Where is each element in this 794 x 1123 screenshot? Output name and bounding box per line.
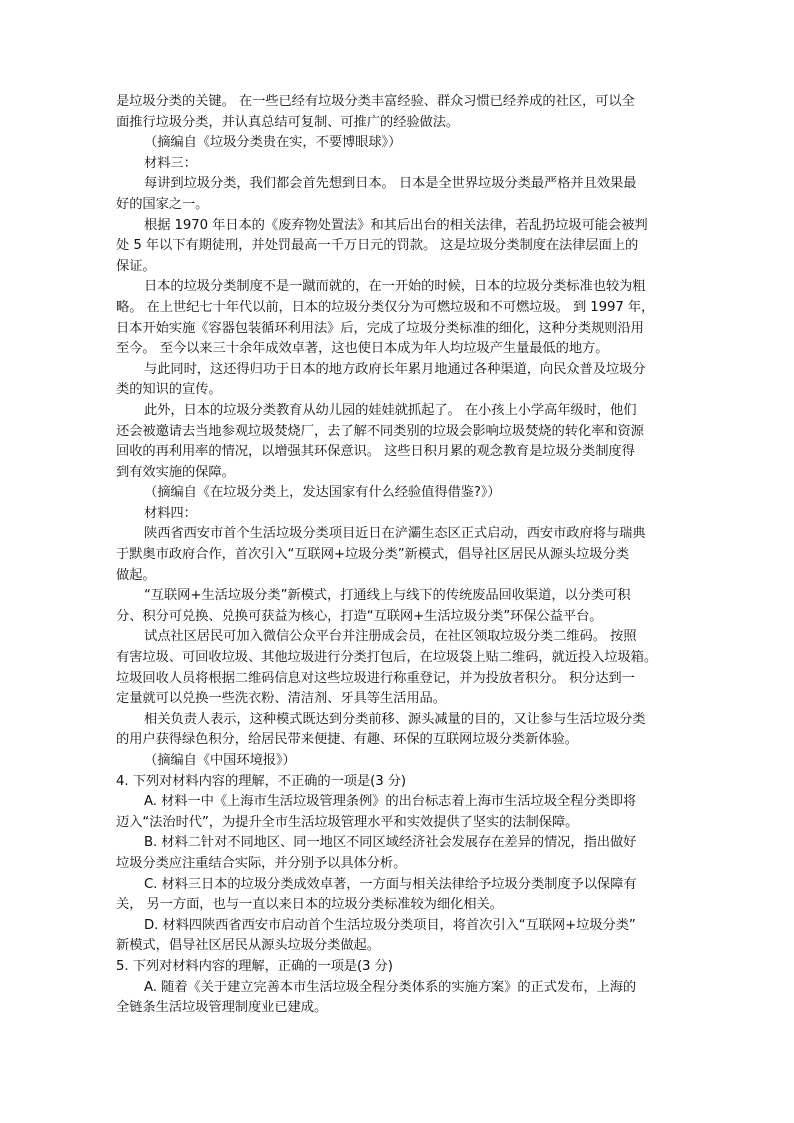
text-line: 回收的再利用率的情况，以增强其环保意识。 这些日积月累的观念教育是垃圾分类制度得 [116, 442, 682, 463]
text-line: 于默奥市政府合作，首次引入“互联网+垃圾分类”新模式，倡导社区居民从源头垃圾分类 [116, 545, 682, 566]
text-line: 与此同时，这还得归功于日本的地方政府长年累月地通过各种渠道，向民众普及垃圾分 [116, 360, 682, 381]
text-line: 到有效实施的保障。 [116, 463, 682, 484]
question-4-option-b: B. 材料二针对不同地区、同一地区不同区域经济社会发展存在差异的情况，指出做好 [116, 833, 682, 854]
text-line: 垃圾回收人员将根据二维码信息对这些垃圾进行称重登记，并为投放者积分。 积分达到一 [116, 669, 682, 690]
text-line: 此外，日本的垃圾分类教育从幼儿园的娃娃就抓起了。 在小孩上小学高年级时，他们 [116, 401, 682, 422]
text-line: 每讲到垃圾分类，我们都会首先想到日本。 日本是全世界垃圾分类最严格并且效果最 [116, 174, 682, 195]
section-heading-material-4: 材料四： [116, 504, 682, 525]
text-line: 处 5 年以下有期徒刑，并处罚最高一千万日元的罚款。 这是垃圾分类制度在法律层面… [116, 236, 682, 257]
text-line: 相关负责人表示，这种模式既达到分类前移、源头减量的目的，又让参与生活垃圾分类 [116, 710, 682, 731]
text-line: 做起。 [116, 566, 682, 587]
text-line: 略。 在上世纪七十年代以前，日本的垃圾分类仅分为可燃垃圾和不可燃垃圾。 到 19… [116, 298, 682, 319]
source-citation: （摘编自《在垃圾分类上，发达国家有什么经验值得借鉴?》） [116, 483, 682, 504]
section-heading-material-3: 材料三： [116, 154, 682, 175]
question-4-option-d-cont: 新模式，倡导社区居民从源头垃圾分类做起。 [116, 936, 682, 957]
text-line: 日本的垃圾分类制度不是一蹴而就的，在一开始的时候，日本的垃圾分类标准也较为粗 [116, 277, 682, 298]
text-line: 还会被邀请去当地参观垃圾焚烧厂，去了解不同类别的垃圾会影响垃圾焚烧的转化率和资源 [116, 422, 682, 443]
text-line: 面推行垃圾分类，并认真总结可复制、可推广的经验做法。 [116, 113, 682, 134]
text-line: 试点社区居民可加入微信公众平台并注册成会员，在社区领取垃圾分类二维码。 按照 [116, 627, 682, 648]
question-4-option-c: C. 材料三日本的垃圾分类成效卓著，一方面与相关法律给予垃圾分类制度予以保障有 [116, 875, 682, 896]
question-4-option-a-cont: 迈入“法治时代”，为提升全市生活垃圾管理水平和实效提供了坚实的法制保障。 [116, 813, 682, 834]
document-page: 是垃圾分类的关键。 在一些已经有垃圾分类丰富经验、群众习惯已经养成的社区，可以全… [116, 92, 682, 1019]
text-line: 至今。 至今以来三十余年成效卓著，这也使日本成为年人均垃圾产生量最低的地方。 [116, 339, 682, 360]
question-4: 4. 下列对材料内容的理解，不正确的一项是(3 分) [116, 772, 682, 793]
question-4-option-b-cont: 垃圾分类应注重结合实际，并分别予以具体分析。 [116, 854, 682, 875]
source-citation: （摘编自《中国环境报》） [116, 751, 682, 772]
text-line: 根据 1970 年日本的《废弃物处置法》和其后出台的相关法律，若乱扔垃圾可能会被… [116, 216, 682, 237]
question-5: 5. 下列对材料内容的理解，正确的一项是(3 分) [116, 957, 682, 978]
text-line: 保证。 [116, 257, 682, 278]
text-line: 定量就可以兑换一些洗衣粉、清洁剂、牙具等生活用品。 [116, 689, 682, 710]
question-4-option-d: D. 材料四陕西省西安市启动首个生活垃圾分类项目，将首次引入“互联网+垃圾分类” [116, 916, 682, 937]
question-5-option-a: A. 随着《关于建立完善本市生活垃圾全程分类体系的实施方案》的正式发布，上海的 [116, 978, 682, 999]
question-4-option-a: A. 材料一中《上海市生活垃圾管理条例》的出台标志着上海市生活垃圾全程分类即将 [116, 792, 682, 813]
text-line: 好的国家之一。 [116, 195, 682, 216]
question-5-option-a-cont: 全链条生活垃圾管理制度业已建成。 [116, 998, 682, 1019]
text-line: 分、积分可兑换、兑换可获益为核心，打造“互联网+生活垃圾分类”环保公益平台。 [116, 607, 682, 628]
text-line: 类的知识的宣传。 [116, 380, 682, 401]
text-line: 陕西省西安市首个生活垃圾分类项目近日在浐灞生态区正式启动，西安市政府将与瑞典 [116, 524, 682, 545]
text-line: 有害垃圾、可回收垃圾、其他垃圾进行分类打包后，在垃圾袋上贴二维码，就近投入垃圾箱… [116, 648, 682, 669]
source-citation: （摘编自《垃圾分类贵在实，不要博眼球》） [116, 133, 682, 154]
text-line: 日本开始实施《容器包装循环利用法》后，完成了垃圾分类标准的细化，这种分类规则沿用 [116, 319, 682, 340]
text-line: 是垃圾分类的关键。 在一些已经有垃圾分类丰富经验、群众习惯已经养成的社区，可以全 [116, 92, 682, 113]
question-4-option-c-cont: 关， 另一方面，也与一直以来日本的垃圾分类标准较为细化相关。 [116, 895, 682, 916]
text-line: “互联网+生活垃圾分类”新模式，打通线上与线下的传统废品回收渠道，以分类可积 [116, 586, 682, 607]
text-line: 的用户获得绿色积分，给居民带来便捷、有趣、环保的互联网垃圾分类新体验。 [116, 730, 682, 751]
